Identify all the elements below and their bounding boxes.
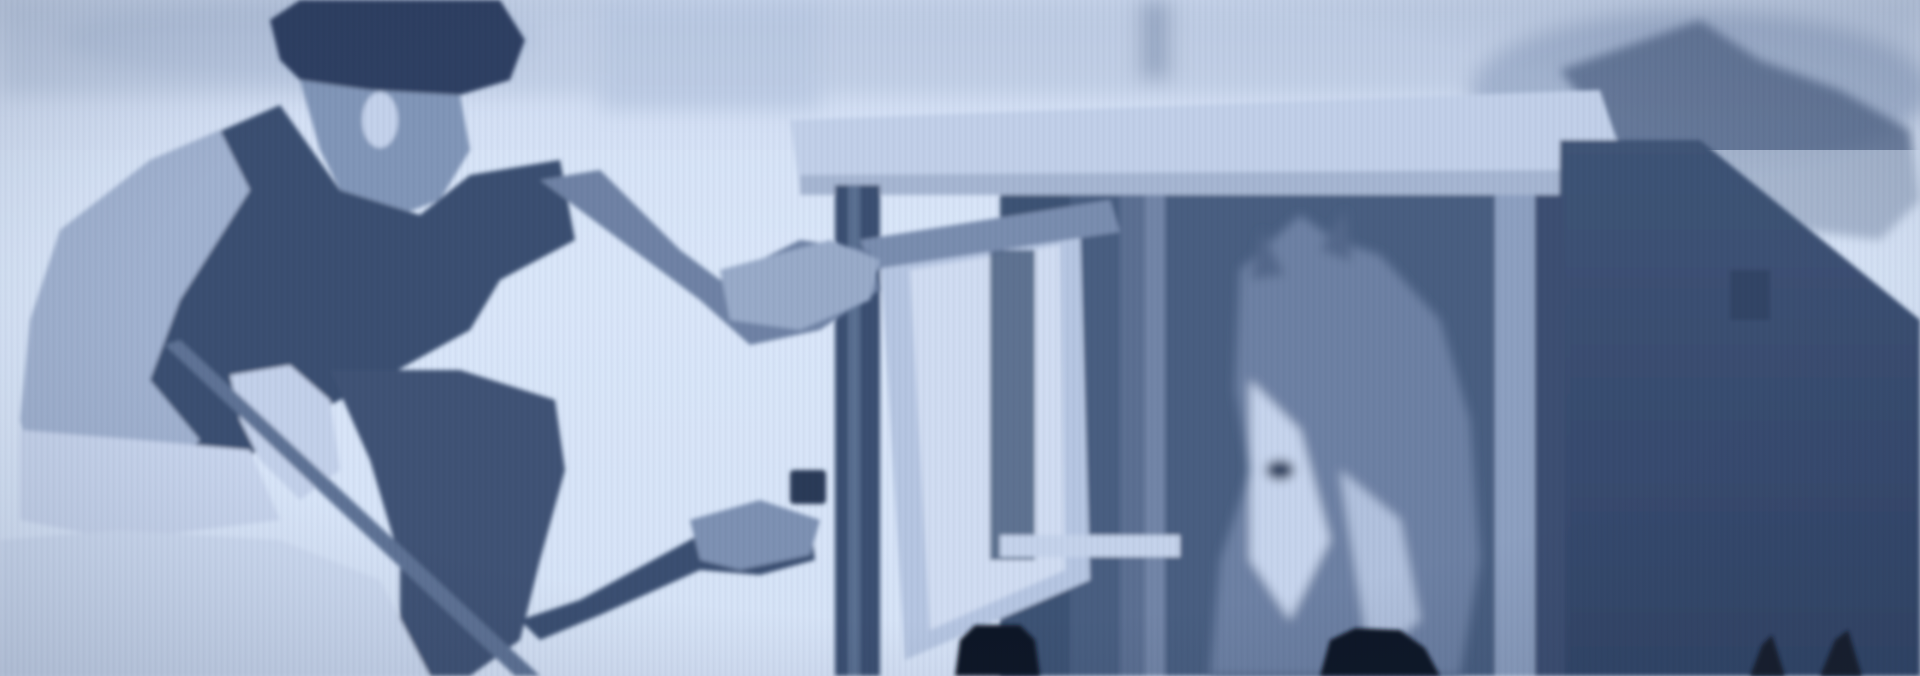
- photo-scene: [0, 0, 1920, 676]
- photograph: [0, 0, 1920, 676]
